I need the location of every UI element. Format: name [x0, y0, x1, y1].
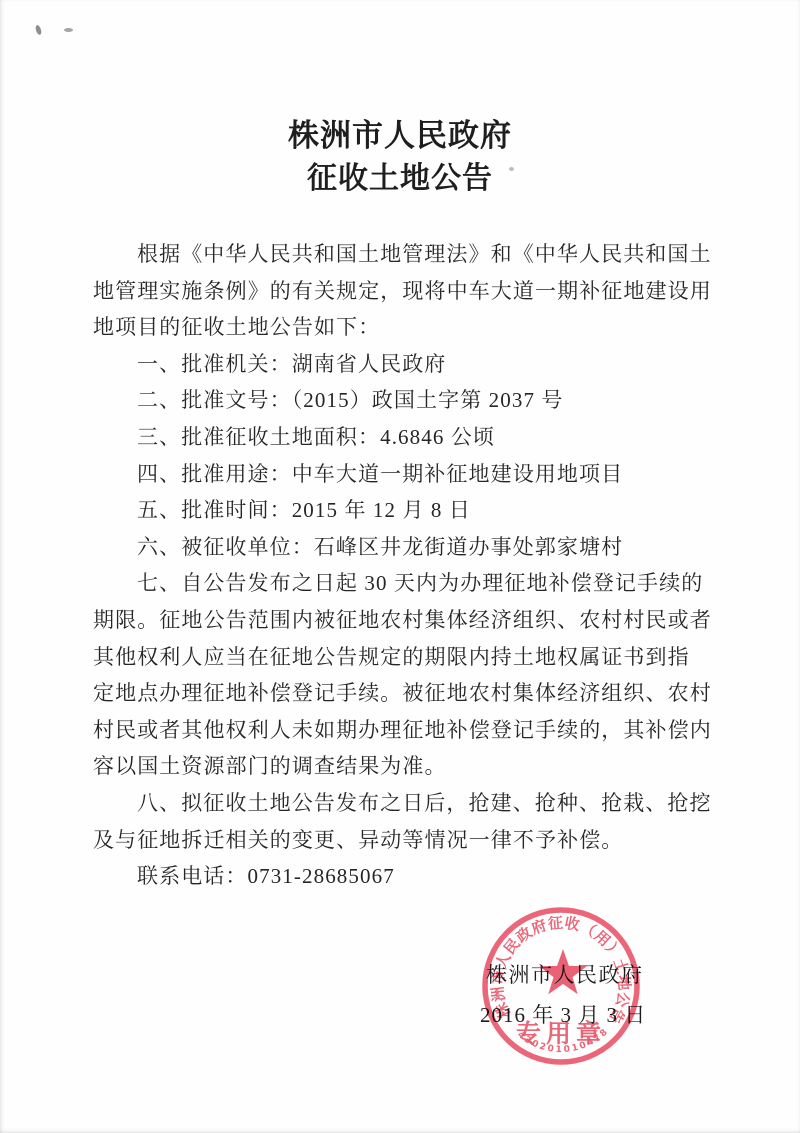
text-line: 三、批准征收土地面积：4.6846 公顷: [93, 419, 719, 456]
scanned-document-page: 株洲市人民政府 征收土地公告 根据《中华人民共和国土地管理法》和《中华人民共和国…: [0, 0, 800, 1133]
document-title-issuer: 株洲市人民政府: [0, 110, 800, 155]
text-line: 五、批准时间：2015 年 12 月 8 日: [93, 492, 719, 529]
scan-artifact: [35, 24, 43, 35]
signature-date: 2016 年 3 月 3 日: [480, 999, 646, 1029]
text-line: 村民或者其他权利人未如期办理征地补偿登记手续的，其补偿内: [93, 712, 719, 749]
text-line: 四、批准用途：中车大道一期补征地建设用地项目: [93, 456, 719, 493]
text-line: 容以国土资源部门的调查结果为准。: [93, 748, 719, 785]
text-line: 二、批准文号：（2015）政国土字第 2037 号: [93, 382, 719, 419]
text-line: 六、被征收单位：石峰区井龙街道办事处郭家塘村: [93, 529, 719, 566]
text-line: 地项目的征收土地公告如下：: [93, 309, 719, 346]
document-title-announcement: 征收土地公告: [0, 153, 800, 197]
text-line: 根据《中华人民共和国土地管理法》和《中华人民共和国土: [93, 236, 719, 273]
text-line: 其他权利人应当在征地公告规定的期限内持土地权属证书到指: [93, 639, 719, 676]
text-line: 一、批准机关：湖南省人民政府: [93, 346, 719, 383]
text-line: 定地点办理征地补偿登记手续。被征地农村集体经济组织、农村: [93, 675, 719, 712]
text-line: 八、拟征收土地公告发布之日后，抢建、抢种、抢栽、抢挖: [93, 785, 719, 822]
scan-artifact: [64, 28, 73, 32]
text-line: 联系电话：0731-28685067: [93, 858, 719, 895]
text-line: 期限。征地公告范围内被征地农村集体经济组织、农村村民或者: [93, 602, 719, 639]
document-body: 根据《中华人民共和国土地管理法》和《中华人民共和国土地管理实施条例》的有关规定，…: [93, 236, 719, 895]
signature-issuer: 株洲市人民政府: [486, 959, 644, 989]
text-line: 及与征地拆迁相关的变更、异动等情况一律不予补偿。: [93, 822, 719, 859]
text-line: 七、自公告发布之日起 30 天内为办理征地补偿登记手续的: [93, 565, 719, 602]
text-line: 地管理实施条例》的有关规定，现将中车大道一期补征地建设用: [93, 273, 719, 310]
